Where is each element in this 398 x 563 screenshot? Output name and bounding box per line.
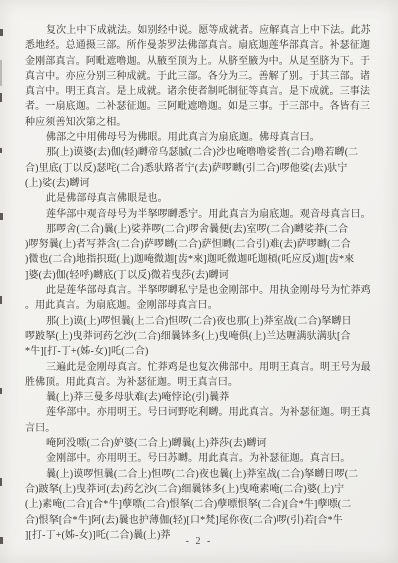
text-line: 此是莲华部母真言。半拏啰嚩私宁是也金刚部中。用执金刚母号为忙莽鸡 [25,283,385,298]
text-line: 那(上)谟婆(去)伽(轻)嚩帝乌瑟腻(二合)沙也唵噜噜娑普(二合)噜若嚩(二 [25,145,385,160]
text-line: 悉地经。总通摄三部。所作曼荼罗法佛部真言。扇底迦莲华部真言。补瑟征迦 [25,38,385,53]
text-line: 此是佛部母真言佛眼是也。 [25,191,385,206]
text-line: 莲华部中观音母号为半拏啰嚩悉宁。用此真言为扇底迦。观音母真言曰。 [25,207,385,222]
scan-artifact [0,388,2,394]
text-line: 佛部之中用佛母号为佛眼。用此真言为扇底迦。佛母真言曰。 [25,130,385,145]
text-line: 啰跛拏(上)曳莽诃药乞沙(二合)细曩钵多(上)曳唵俱(上)兰达喱满驮满驮[合 [25,329,385,344]
text-line: 曩(上)莽三曼多母驮难(去)唵悖论(引)曩莽 [25,390,385,405]
scan-artifact [0,213,3,220]
text-line: )微也(二合)地指抧珽(上)迦唵微迦[齿*來]迦吒微迦吒迦槓(吒应反)迦[齿*來 [25,252,385,267]
scan-artifact [0,29,3,36]
text-line: (上)娑(去)嚩诃 [25,176,385,191]
text-line: 合)里底(丁以反)瑟咤(二合)悉驮路者宁(去)萨啰嚩(引二合)啰他娑(去)驮宁 [25,161,385,176]
text-line: 三遍此是金刚母真言。忙莽鸡是也复次佛部中。用明王真言。明王号为最 [25,360,385,375]
text-line: 。用此真言。为扇底迦。金刚部母真言曰。 [25,298,385,313]
text-line: 唵阿没嘌(二合)妒婆(二合上)嚩曩(上)莽莎(去)嚩诃 [25,436,385,451]
scan-artifact [0,93,2,102]
text-line: *牛][打-丁+(姊-女)]吒(二合) [25,344,385,359]
text-line: 言曰。 [25,421,385,436]
text-line: 者。一扇底迦。二补瑟征迦。三阿毗遮噜迦。如是三事。于三部中。各皆有三 [25,99,385,114]
text-line: (上)素唵(二合)[合*牛]孽嘌(二合)恨拏(二合)孽嘌恨拏(二合)[合*牛]孽… [25,497,385,512]
text-line: 复次上中下成就法。如别经中说。愿等成就者。应解真言上中下法。此苏 [25,23,385,38]
scan-artifact [0,148,2,153]
page-number: - 2 - [0,536,398,547]
text-line: 真言中。亦应分别三种成就。于此三部。各分为三。善解了别。于其三部。诸 [25,69,385,84]
text-line: ]婆(去)伽(轻呼)嚩底(丁以反)微若曳莎(去)嚩诃 [25,268,385,283]
scanned-document-page: 复次上中下成就法。如别经中说。愿等成就者。应解真言上中下法。此苏悉地经。总通摄三… [0,0,398,563]
text-line: 胜佛顶。用此真言。为补瑟征迦。明王真言曰。 [25,375,385,390]
text-line: 种应须善知次第之相。 [25,115,385,130]
text-line: 曩(上)谟啰怛曩(二合上)怛啰(二合)夜也曩(上)莽室战(二合)拏嚩日啰(二 [25,467,385,482]
scan-artifact [0,60,2,86]
text-line: 合)恨拏[合*牛]阿(去)曩也护薄伽(轻)[口*梵]尾你夜(二合)啰(引)若[合… [25,513,385,528]
page-body: 复次上中下成就法。如别经中说。愿等成就者。应解真言上中下法。此苏悉地经。总通摄三… [25,23,385,543]
text-line: 那啰舍(二合)曩(上)娑莽啰(二合)啰舍曩便(去)室啰(二合)嚩娑莽(二合 [25,222,385,237]
text-line: 合)跛拏(上)曳莽诃(去)药乞沙(二合)细曩钵多(上)曳唵素唵(二合)婆(上)宁 [25,482,385,497]
text-line: 金刚部真言。阿毗遮噜迦。从腋至顶为上。从脐至腋为中。从足至脐为下。于 [25,54,385,69]
scan-artifact [0,296,2,304]
text-line: 那(上)谟(上)啰怛曩(上二合)怛啰(二合)夜也那(上)莽室战(二合)拏嚩日 [25,314,385,329]
text-line: )啰努曩(上)者写莽含(二合)萨啰嚩(二合)萨怛嚩(二合引)难(去)萨啰嚩(二合 [25,237,385,252]
text-line: 金刚部中。亦用明王。号曰苏嚩。用此真言。为补瑟征迦。真言曰。 [25,451,385,466]
text-line: 莲华部中。亦用明王。号曰诃野吃利嚩。用此真言。为补瑟征迦。明王真 [25,405,385,420]
scan-artifact [0,478,2,486]
text-line: 真言中。明王真言。是上成就。诸余使者制吒制征等真言。是下成就。三事法 [25,84,385,99]
